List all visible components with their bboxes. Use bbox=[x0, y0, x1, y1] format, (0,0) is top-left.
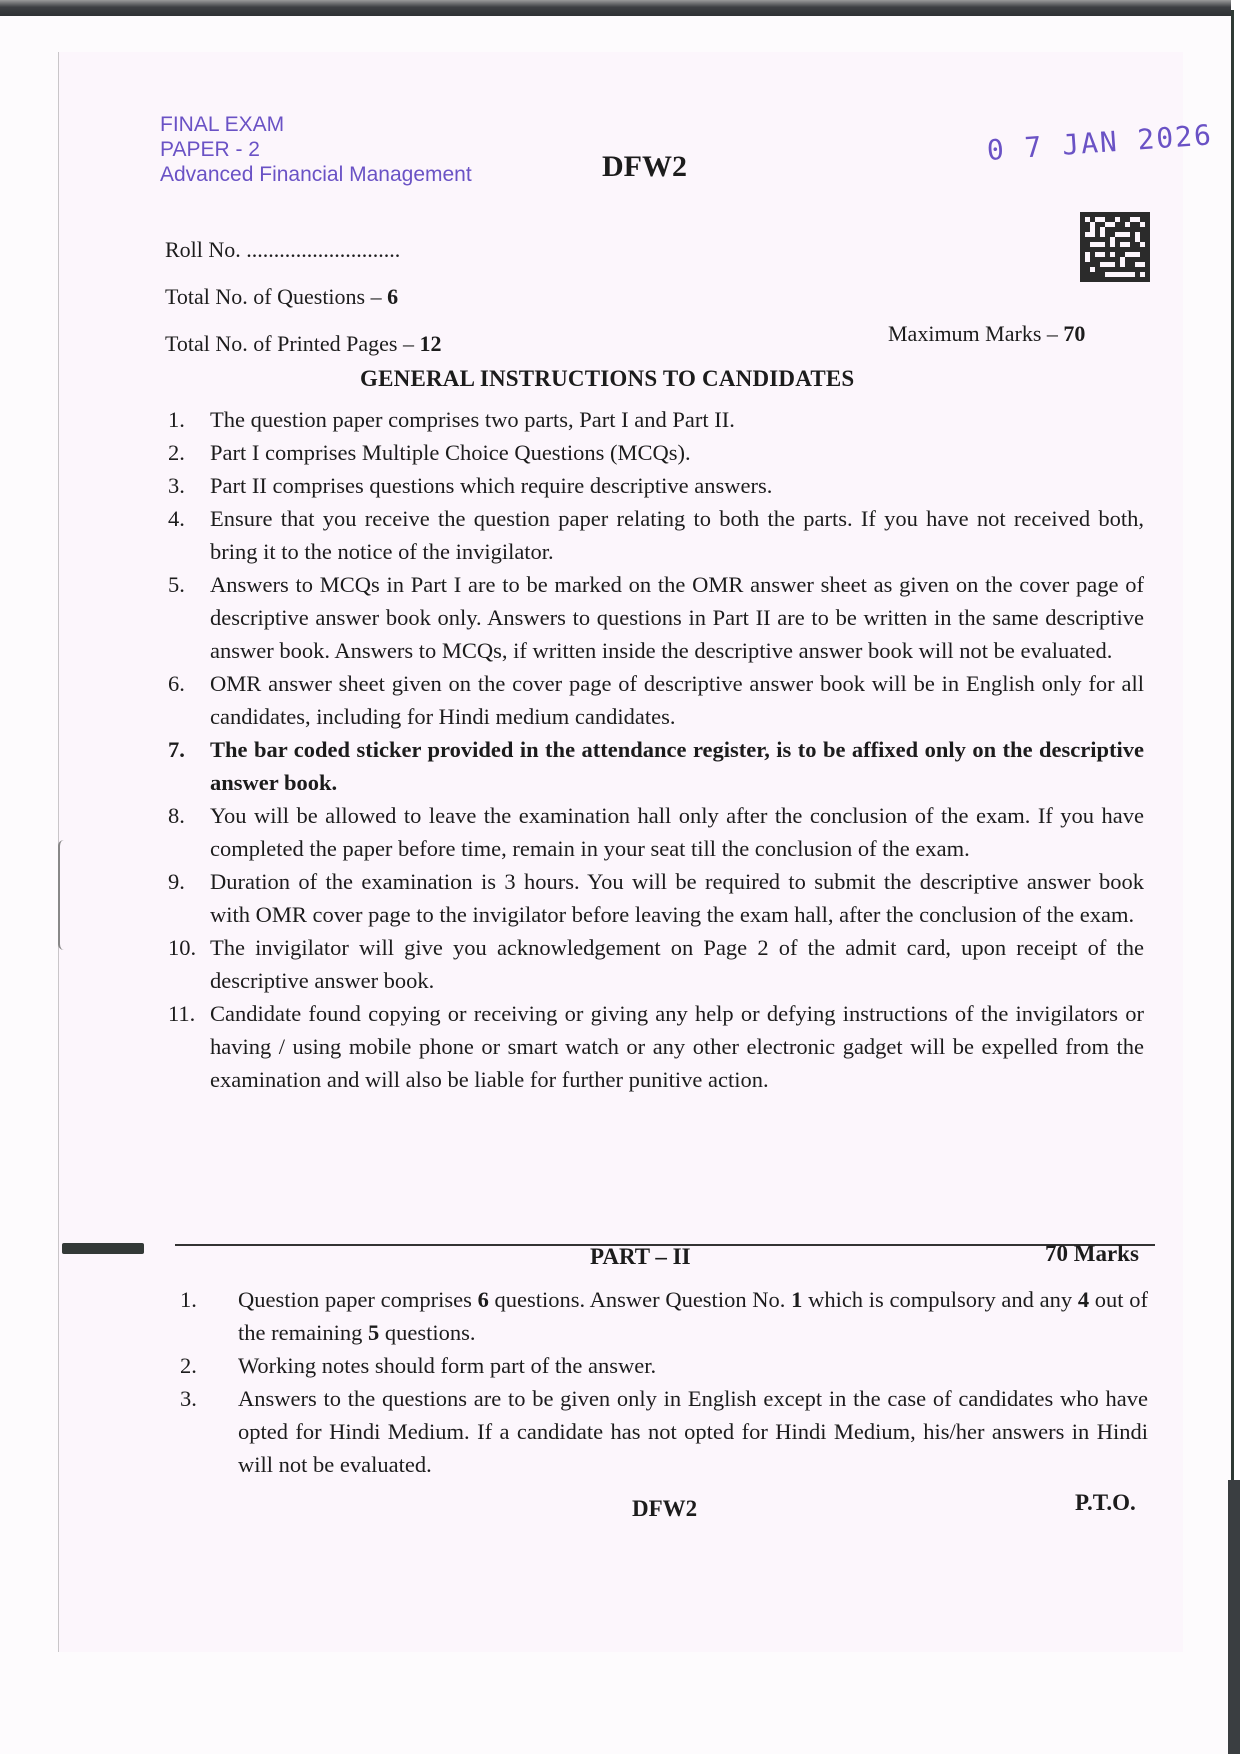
total-pages-value: 12 bbox=[419, 331, 441, 356]
instruction-text: Working notes should form part of the an… bbox=[238, 1353, 656, 1378]
instruction-item: 3.Part II comprises questions which requ… bbox=[168, 469, 1144, 502]
paper-code: DFW2 bbox=[602, 150, 687, 184]
2d-barcode-icon bbox=[1080, 212, 1150, 282]
instruction-number-emphasis: 4 bbox=[1078, 1287, 1089, 1312]
instruction-number: 3. bbox=[180, 1382, 197, 1415]
instruction-item: 2.Part I comprises Multiple Choice Quest… bbox=[168, 436, 1144, 469]
total-pages: Total No. of Printed Pages – 12 bbox=[165, 331, 441, 357]
instruction-number-emphasis: 1 bbox=[791, 1287, 802, 1312]
part-ii-marks: 70 Marks bbox=[1045, 1241, 1139, 1267]
instruction-item: 10.The invigilator will give you acknowl… bbox=[168, 931, 1144, 997]
part-ii-title: PART – II bbox=[590, 1244, 691, 1270]
instruction-text: Question paper comprises 6 questions. An… bbox=[238, 1287, 1148, 1345]
instruction-number: 6. bbox=[168, 667, 185, 700]
instruction-number: 4. bbox=[168, 502, 185, 535]
instruction-item: 5.Answers to MCQs in Part I are to be ma… bbox=[168, 568, 1144, 667]
instruction-text: You will be allowed to leave the examina… bbox=[210, 803, 1144, 861]
instruction-item: 1.Question paper comprises 6 questions. … bbox=[168, 1283, 1148, 1349]
footer-paper-code: DFW2 bbox=[632, 1496, 697, 1522]
instruction-text: Duration of the examination is 3 hours. … bbox=[210, 869, 1144, 927]
stamp-line: Advanced Financial Management bbox=[160, 162, 472, 187]
instruction-text: Ensure that you receive the question pap… bbox=[210, 506, 1144, 564]
margin-tab-mark bbox=[62, 1243, 144, 1254]
instruction-text-part: which is compulsory and any bbox=[802, 1287, 1077, 1312]
instruction-text-part: Question paper comprises bbox=[238, 1287, 478, 1312]
instruction-text-part: questions. Answer Question No. bbox=[489, 1287, 791, 1312]
part-ii-instructions-list: 1.Question paper comprises 6 questions. … bbox=[168, 1283, 1148, 1481]
max-marks-label: Maximum Marks – bbox=[888, 321, 1063, 346]
instruction-text: Answers to the questions are to be given… bbox=[238, 1386, 1148, 1477]
total-questions-value: 6 bbox=[387, 284, 398, 309]
max-marks-value: 70 bbox=[1063, 321, 1085, 346]
total-questions-label: Total No. of Questions – bbox=[165, 284, 387, 309]
instruction-item: 3.Answers to the questions are to be giv… bbox=[168, 1382, 1148, 1481]
total-questions: Total No. of Questions – 6 bbox=[165, 284, 398, 310]
scanner-edge-line bbox=[1231, 10, 1234, 1480]
instruction-text: The invigilator will give you acknowledg… bbox=[210, 935, 1144, 993]
stamp-line: PAPER - 2 bbox=[160, 137, 472, 162]
instruction-item: 7.The bar coded sticker provided in the … bbox=[168, 733, 1144, 799]
instruction-number: 10. bbox=[168, 931, 196, 964]
instruction-text-part: questions. bbox=[379, 1320, 475, 1345]
instruction-text: The bar coded sticker provided in the at… bbox=[210, 737, 1144, 795]
instruction-text: Part I comprises Multiple Choice Questio… bbox=[210, 440, 691, 465]
instruction-number: 7. bbox=[168, 733, 185, 766]
please-turn-over: P.T.O. bbox=[1075, 1490, 1136, 1516]
instruction-number: 8. bbox=[168, 799, 185, 832]
instruction-number: 5. bbox=[168, 568, 185, 601]
instruction-item: 6.OMR answer sheet given on the cover pa… bbox=[168, 667, 1144, 733]
total-pages-label: Total No. of Printed Pages – bbox=[165, 331, 419, 356]
instruction-item: 11.Candidate found copying or receiving … bbox=[168, 997, 1144, 1096]
general-instructions-title: GENERAL INSTRUCTIONS TO CANDIDATES bbox=[360, 366, 854, 392]
instruction-text: Part II comprises questions which requir… bbox=[210, 473, 772, 498]
instruction-number: 2. bbox=[168, 436, 185, 469]
instruction-number: 11. bbox=[168, 997, 195, 1030]
general-instructions-list: 1.The question paper comprises two parts… bbox=[168, 403, 1144, 1096]
instruction-number-emphasis: 5 bbox=[368, 1320, 379, 1345]
instruction-item: 1.The question paper comprises two parts… bbox=[168, 403, 1144, 436]
instruction-text: Candidate found copying or receiving or … bbox=[210, 1001, 1144, 1092]
roll-number-field: Roll No. ............................ bbox=[165, 237, 400, 263]
scanner-edge-top bbox=[0, 0, 1240, 16]
exam-stamp: FINAL EXAM PAPER - 2 Advanced Financial … bbox=[160, 112, 472, 187]
instruction-number: 3. bbox=[168, 469, 185, 502]
instruction-item: 9.Duration of the examination is 3 hours… bbox=[168, 865, 1144, 931]
instruction-number-emphasis: 6 bbox=[478, 1287, 489, 1312]
binding-clip bbox=[58, 840, 70, 950]
instruction-number: 1. bbox=[180, 1283, 197, 1316]
instruction-text: OMR answer sheet given on the cover page… bbox=[210, 671, 1144, 729]
instruction-number: 1. bbox=[168, 403, 185, 436]
scanner-edge-bar bbox=[1228, 1480, 1240, 1754]
stamp-line: FINAL EXAM bbox=[160, 112, 472, 137]
maximum-marks: Maximum Marks – 70 bbox=[888, 321, 1085, 347]
instruction-item: 4.Ensure that you receive the question p… bbox=[168, 502, 1144, 568]
instruction-item: 2.Working notes should form part of the … bbox=[168, 1349, 1148, 1382]
instruction-text: Answers to MCQs in Part I are to be mark… bbox=[210, 572, 1144, 663]
instruction-text: The question paper comprises two parts, … bbox=[210, 407, 735, 432]
instruction-number: 9. bbox=[168, 865, 185, 898]
instruction-number: 2. bbox=[180, 1349, 197, 1382]
instruction-item: 8.You will be allowed to leave the exami… bbox=[168, 799, 1144, 865]
